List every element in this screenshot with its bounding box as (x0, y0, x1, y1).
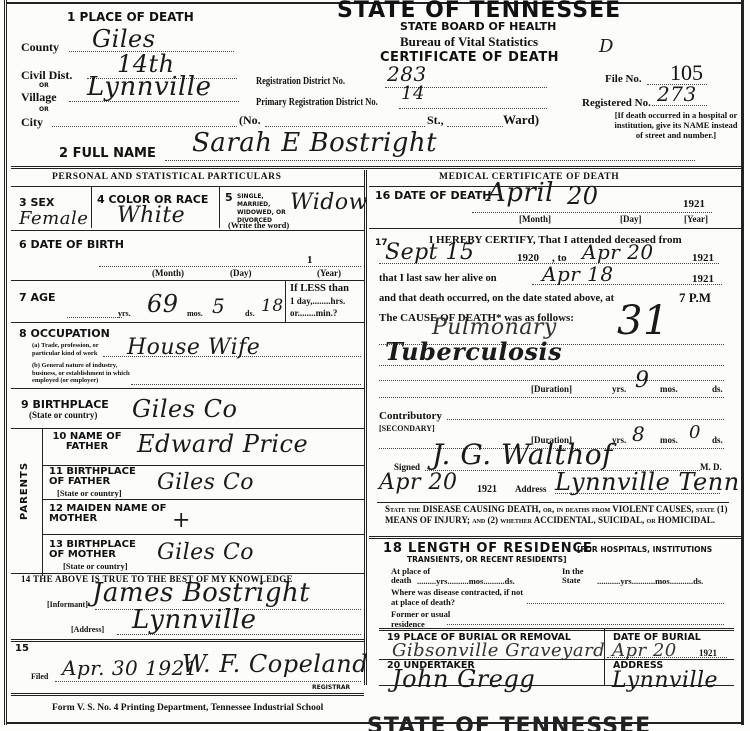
min-label: min.? (316, 308, 338, 318)
file-no-label: File No. (605, 73, 642, 85)
marital-note: (Write the word) (228, 220, 289, 230)
informant-label: [Informant] (47, 600, 88, 609)
burial-place-value: Gibsonville Graveyard (392, 640, 605, 661)
informant-value: James Bostright (92, 578, 310, 608)
age-label: 7 AGE (19, 291, 56, 304)
full-name-value: Sarah E Bostright (192, 128, 437, 158)
hrs-label: hrs. (331, 296, 346, 306)
marital-value: Widow (290, 190, 368, 215)
duration-mos: 9 (635, 368, 650, 393)
duration-label: [Duration] (529, 384, 574, 394)
ds-label: ds. (245, 309, 255, 318)
form-line: Form V. S. No. 4 Printing Department, Te… (52, 703, 323, 713)
dob-label: 6 DATE OF BIRTH (19, 238, 124, 251)
signed-date: Apr 20 (379, 470, 457, 495)
residence-note: [FOR HOSPITALS, INSTITUTIONS TRANSIENTS,… (407, 545, 737, 565)
death-time: 7 P.M (679, 290, 711, 306)
age-days: 18 (261, 296, 284, 316)
contrib-duration-mos: 8 (632, 422, 645, 446)
age-years: 69 (147, 290, 179, 318)
bureau-title: Bureau of Vital Statistics (400, 34, 538, 50)
signed-value: J. G. Walthof (432, 438, 613, 471)
village-label: Village (21, 90, 57, 105)
attended-from-year: 1920 (517, 252, 539, 264)
place-of-death-label: 1 PLACE OF DEATH (67, 10, 194, 24)
father-birthplace-sub: [State or country] (57, 488, 122, 498)
cause-note: State the DISEASE CAUSING DEATH, or, in … (385, 504, 730, 525)
occupation-value: House Wife (127, 335, 260, 360)
dob-year-label: (Year) (317, 268, 341, 278)
at-place-ds-label: ds. (505, 576, 515, 586)
less-than-label: If LESS than (290, 283, 349, 294)
attended-to-year: 1921 (692, 252, 714, 264)
birthplace-sub: (State or country) (29, 410, 97, 420)
one-day-label: 1 day, (290, 296, 313, 306)
mother-maiden-label: 12 MAIDEN NAME OF MOTHER (49, 504, 169, 524)
city-label: City (21, 115, 43, 130)
at-place-yrs-label: yrs. (436, 576, 449, 586)
burial-year: 1921 (699, 648, 717, 658)
village-value: Lynnville (87, 72, 212, 102)
personal-section-title: PERSONAL AND STATISTICAL PARTICULARS (52, 172, 282, 182)
registered-no-label: Registered No. (582, 97, 651, 109)
last-saw: Apr 18 (542, 262, 614, 286)
ward-label: Ward) (503, 112, 539, 128)
mother-birthplace-sub: [State or country] (63, 561, 128, 571)
father-name-label: 10 NAME OF FATHER (47, 432, 127, 452)
death-occurred-text: and that death occurred, on the date sta… (379, 293, 614, 304)
mos-label: mos. (187, 309, 203, 318)
corner-mark: D (599, 36, 614, 57)
mother-birthplace-value: Giles Co (157, 540, 254, 565)
filed-date: Apr. 30 1921 (62, 656, 198, 680)
undertaker-address-value: Lynnville (612, 668, 718, 693)
signed-year: 1921 (477, 484, 497, 495)
in-state-yrs-label: yrs. (620, 576, 633, 586)
registrar-label: REGISTRAR (312, 684, 350, 691)
county-value: Giles (92, 25, 156, 53)
dod-month-value: April (487, 178, 554, 208)
primary-reg-district-label: Primary Registration District No. (256, 97, 378, 108)
primary-reg-district-value: 14 (401, 83, 425, 104)
cause-line2: Tuberculosis (385, 337, 562, 366)
filed-label: Filed (31, 672, 48, 681)
contrib-duration-ds: 0 (689, 422, 701, 443)
st-label: St., (427, 113, 444, 128)
father-birthplace-value: Giles Co (157, 470, 254, 495)
contrib-mos-label: mos. (660, 435, 678, 445)
father-name-value: Edward Price (137, 430, 308, 458)
civil-dist-label: Civil Dist. (21, 68, 72, 83)
parents-label: PARENTS (19, 462, 30, 520)
or-label: or (290, 308, 298, 318)
address-label: Address (515, 484, 546, 494)
dob-day-label: (Day) (230, 268, 252, 278)
contracted-label: Where was disease contracted, if not at … (391, 588, 531, 607)
column-divider (364, 170, 367, 685)
contributory-label: Contributory (379, 410, 442, 422)
burial-date-value: Apr 20 (612, 640, 677, 661)
full-name-label: 2 FULL NAME (59, 146, 156, 161)
reg-district-label: Registration District No. (256, 76, 345, 87)
dod-day-value: 20 (567, 182, 599, 210)
registrar-value: W. F. Copeland (182, 650, 368, 678)
duration-mos-label: mos. (660, 384, 678, 394)
undertaker-value: John Gregg (392, 665, 535, 693)
race-value: White (117, 203, 185, 228)
informant-address-label: [Address] (71, 625, 104, 634)
duration-ds-label: ds. (712, 384, 723, 394)
dod-year-value: 1921 (683, 198, 705, 210)
no-label: (No. (239, 113, 261, 128)
physician-address: Lynnville Tenn (555, 468, 740, 496)
attended-to: Apr 20 (582, 240, 654, 264)
in-state-ds-label: ds. (693, 576, 703, 586)
filing-num: 15 (15, 643, 29, 654)
father-birthplace-label: 11 BIRTHPLACE OF FATHER (49, 467, 149, 487)
attended-from: Sept 15 (385, 240, 475, 265)
in-state-label: In the State (562, 567, 602, 585)
dod-year-label: [Year] (684, 214, 708, 224)
hospital-note: [If death occurred in a hospital or inst… (611, 110, 741, 140)
mother-maiden-value: + (172, 508, 191, 533)
cause-code: 31 (617, 298, 669, 344)
or-text: OR (39, 82, 49, 89)
sex-value: Female (19, 208, 88, 229)
last-saw-year: 1921 (692, 273, 714, 285)
county-label: County (21, 40, 59, 55)
or-text: OR (39, 106, 49, 113)
in-state-mos-label: mos. (655, 576, 672, 586)
mother-birthplace-label: 13 BIRTHPLACE OF MOTHER (49, 540, 149, 560)
marital-num: 5 (225, 191, 233, 204)
informant-address-value: Lynnville (132, 605, 257, 635)
registered-no: 273 (657, 82, 697, 106)
dod-day-label: [Day] (620, 214, 642, 224)
secondary-label: [SECONDARY] (379, 424, 435, 433)
at-place-mos-label: mos. (469, 576, 486, 586)
dob-month-label: (Month) (152, 268, 184, 278)
contrib-yrs-label: yrs. (612, 435, 626, 445)
last-saw-text: that I last saw her alive on (379, 273, 497, 284)
occupation-label: 8 OCCUPATION (19, 327, 110, 340)
duration-yrs-label: yrs. (612, 384, 626, 394)
board-title: STATE BOARD OF HEALTH (400, 20, 556, 33)
death-certificate: STATE OF TENNESSEE STATE BOARD OF HEALTH… (4, 0, 744, 725)
contrib-ds-label: ds. (712, 435, 723, 445)
yrs-label: yrs. (118, 309, 131, 318)
age-months: 5 (212, 294, 225, 318)
dob-year-prefix: 1 (307, 254, 313, 266)
occupation-b-label: (b) General nature of industry, business… (32, 362, 132, 385)
birthplace-value: Giles Co (132, 395, 237, 423)
bottom-border (7, 722, 744, 724)
dod-month-label: [Month] (519, 214, 551, 224)
